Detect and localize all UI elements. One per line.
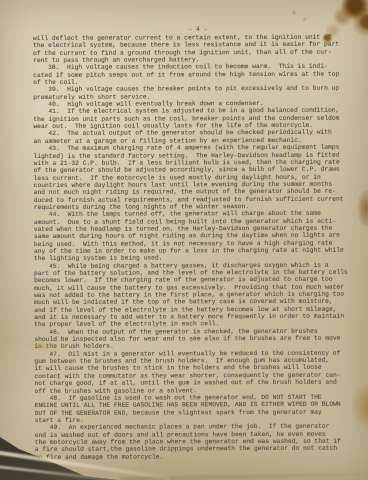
- stain-top-right: [302, 0, 368, 54]
- text-line: a fire should start,the gasoline drippin…: [35, 445, 367, 454]
- paragraph: 48. If gasoline is used to wash out the …: [35, 393, 367, 424]
- paragraph: 45. While being charged a battery gasses…: [34, 261, 366, 329]
- stain-dot: [322, 33, 333, 43]
- document-page: - 4 - will deflect the generator current…: [0, 0, 368, 480]
- stain-dot: [291, 10, 297, 15]
- stain-right-edge: [358, 190, 368, 226]
- text-line: 39. High voltage causes the breaker poin…: [33, 85, 365, 94]
- paragraph: 38. High voltage causes the induction co…: [33, 63, 365, 86]
- stain-right-edge: [353, 384, 368, 428]
- text-line: on fire and damage the motorcycle.: [35, 452, 367, 461]
- page-text: will deflect the generator current to a …: [33, 34, 367, 461]
- paragraph: 46. When the output of the generator is …: [34, 327, 366, 350]
- text-line: not charge good, if at all, until the gu…: [35, 379, 367, 388]
- paragraph: 47. Oil mist in a generator will eventua…: [34, 349, 366, 395]
- paragraph: 41. If the electrical system is adjusted…: [33, 107, 365, 130]
- scanned-page-photo: - 4 - will deflect the generator current…: [0, 0, 368, 480]
- paragraph: 49. An experienced mechanic places a pan…: [35, 423, 367, 461]
- paragraph: 44. With the lamps turned off, the gener…: [34, 210, 366, 263]
- paragraph: 39. High voltage causes the breaker poin…: [33, 85, 365, 101]
- paragraph: 43. The maximum charging rate of 4 amper…: [33, 144, 365, 212]
- paragraph: 42. The actual output of the generator s…: [33, 129, 365, 145]
- text-line: cated if some pitch seeps out of it from…: [33, 70, 365, 79]
- yellow-stain: [26, 340, 62, 352]
- text-line: OUT OF THE GENERATOR END, because the sl…: [35, 408, 367, 417]
- stain-dot: [302, 17, 307, 22]
